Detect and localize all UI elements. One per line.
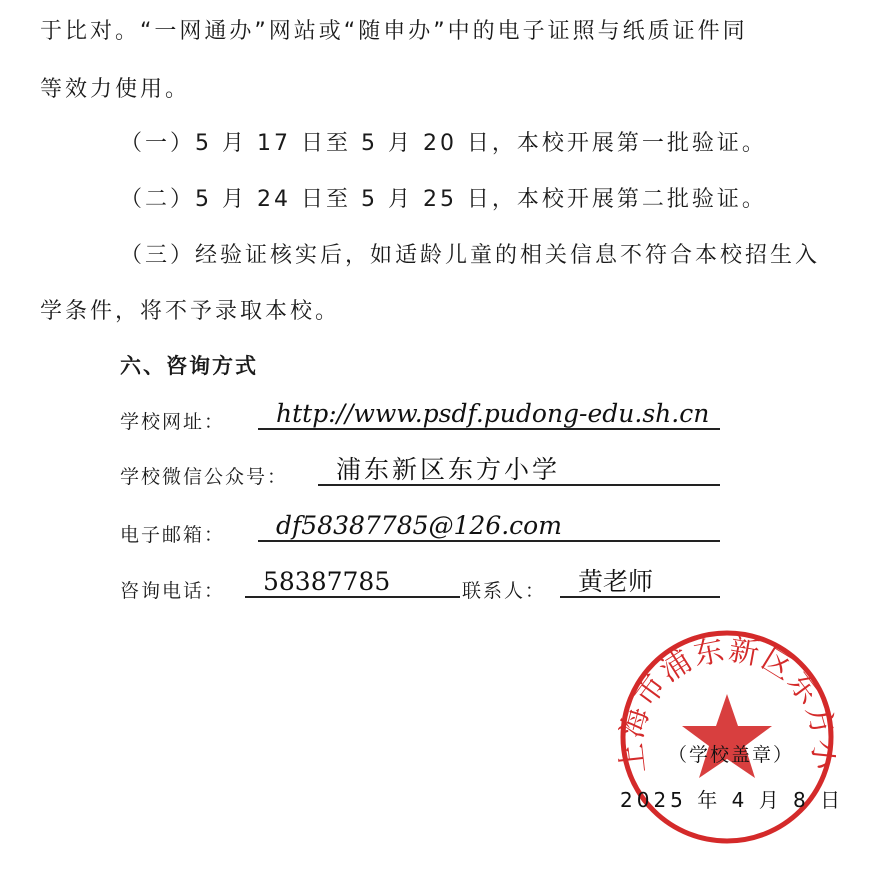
wechat-label: 学校微信公众号：: [120, 462, 288, 489]
verification-item-1: （一）5 月 17 日至 5 月 20 日，本校开展第一批验证。: [120, 126, 767, 157]
website-label: 学校网址：: [120, 407, 225, 434]
phone-value: 58387785: [245, 568, 460, 598]
stamp-label: （学校盖章）: [668, 740, 794, 767]
phone-label: 咨询电话：: [120, 576, 225, 603]
paragraph-line-1: 于比对。“一网通办”网站或“随申办”中的电子证照与纸质证件同: [40, 14, 748, 45]
school-seal-stamp: 上海市浦东新区东方小学: [618, 628, 836, 846]
verification-item-3: （三）经验证核实后，如适龄儿童的相关信息不符合本校招生入: [120, 238, 820, 269]
contact-person-value: 黄老师: [560, 568, 720, 598]
section-heading: 六、咨询方式: [120, 350, 258, 380]
wechat-value: 浦东新区东方小学: [318, 456, 720, 486]
paragraph-line-2: 等效力使用。: [40, 72, 190, 103]
document-date: 2025 年 4 月 8 日: [620, 784, 844, 813]
email-value: df58387785@126.com: [258, 512, 720, 542]
verification-item-3-continuation: 学条件，将不予录取本校。: [40, 294, 340, 325]
contact-person-label: 联系人：: [462, 576, 546, 603]
email-label: 电子邮箱：: [120, 520, 225, 547]
website-value: http://www.psdf.pudong-edu.sh.cn: [258, 400, 720, 430]
verification-item-2: （二）5 月 24 日至 5 月 25 日，本校开展第二批验证。: [120, 182, 767, 213]
